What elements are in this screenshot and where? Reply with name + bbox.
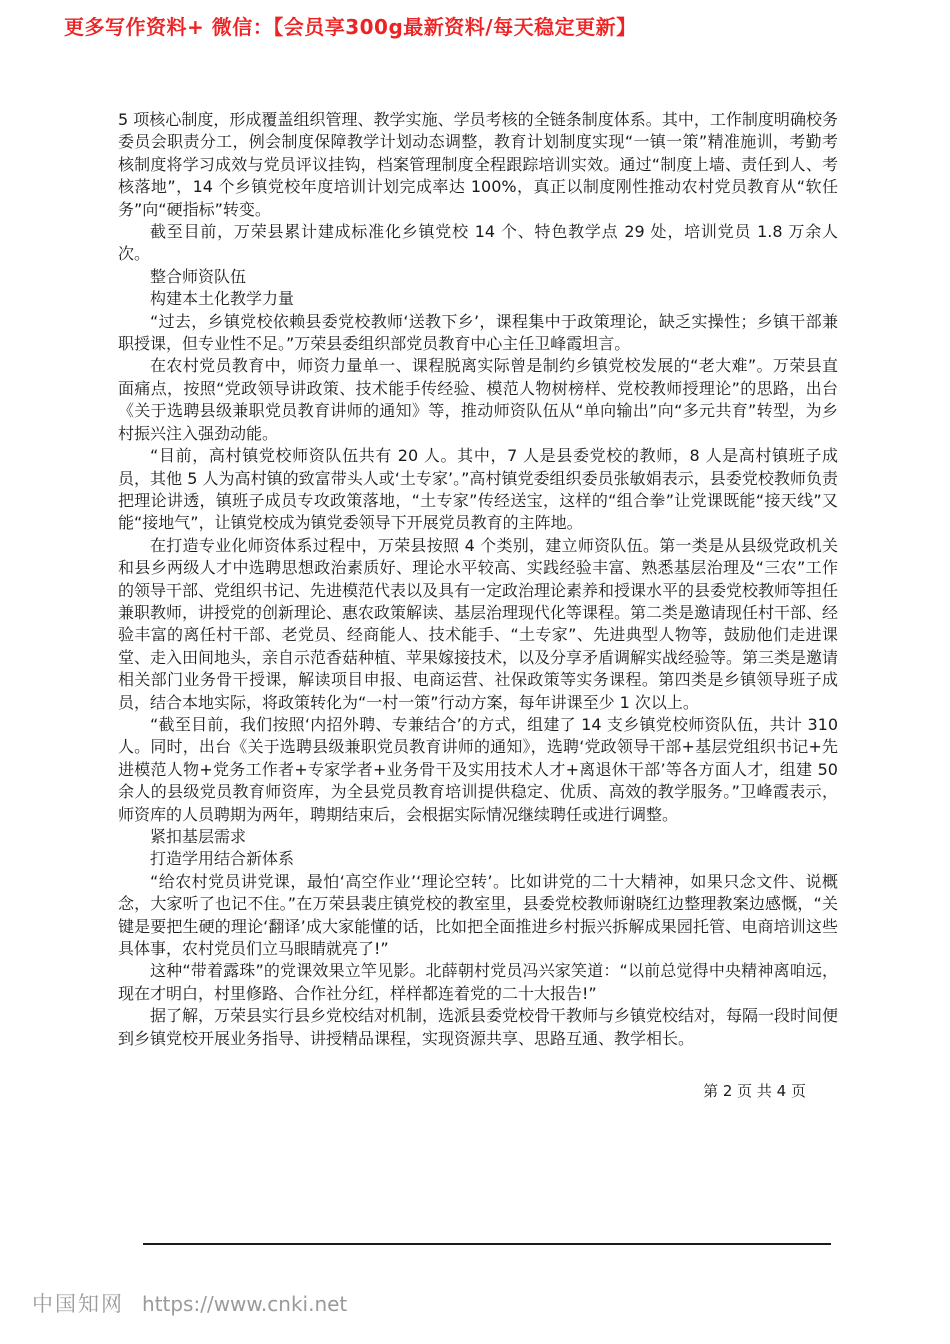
paragraph: 截至目前，万荣县累计建成标准化乡镇党校 14 个、特色教学点 29 处，培训党员… [118,221,838,266]
paragraph: “给农村党员讲党课，最怕‘高空作业’‘理论空转’。比如讲党的二十大精神，如果只念… [118,871,838,961]
document-body: 5 项核心制度，形成覆盖组织管理、教学实施、学员考核的全链条制度体系。其中，工作… [118,109,838,1102]
cnki-footer: 中国知网 https://www.cnki.net [32,1288,347,1318]
separator-line [143,1243,831,1245]
section-heading: 紧扣基层需求 [118,826,838,848]
paragraph: “过去，乡镇党校依赖县委党校教师‘送教下乡’，课程集中于政策理论，缺乏实操性；乡… [118,311,838,356]
cnki-logo-text: 中国知网 [32,1288,124,1318]
page-number: 第 2 页 共 4 页 [118,1080,838,1102]
paragraph: 5 项核心制度，形成覆盖组织管理、教学实施、学员考核的全链条制度体系。其中，工作… [118,109,838,221]
paragraph: 在农村党员教育中，师资力量单一、课程脱离实际曾是制约乡镇党校发展的“老大难”。万… [118,355,838,445]
paragraph: “目前，高村镇党校师资队伍共有 20 人。其中，7 人是县委党校的教师，8 人是… [118,445,838,535]
section-subheading: 打造学用结合新体系 [118,848,838,870]
paragraph: 这种“带着露珠”的党课效果立竿见影。北薛朝村党员冯兴家笑道：“以前总觉得中央精神… [118,960,838,1005]
paragraph: 在打造专业化师资体系过程中，万荣县按照 4 个类别，建立师资队伍。第一类是从县级… [118,535,838,714]
section-heading: 整合师资队伍 [118,266,838,288]
paragraph: 据了解，万荣县实行县乡党校结对机制，选派县委党校骨干教师与乡镇党校结对，每隔一段… [118,1005,838,1050]
cnki-url-link[interactable]: https://www.cnki.net [142,1292,347,1316]
promo-banner: 更多写作资料+ 微信：【会员享300g最新资料/每天稳定更新】 [64,11,637,40]
section-subheading: 构建本土化教学力量 [118,288,838,310]
paragraph: “截至目前，我们按照‘内招外聘、专兼结合’的方式，组建了 14 支乡镇党校师资队… [118,714,838,826]
